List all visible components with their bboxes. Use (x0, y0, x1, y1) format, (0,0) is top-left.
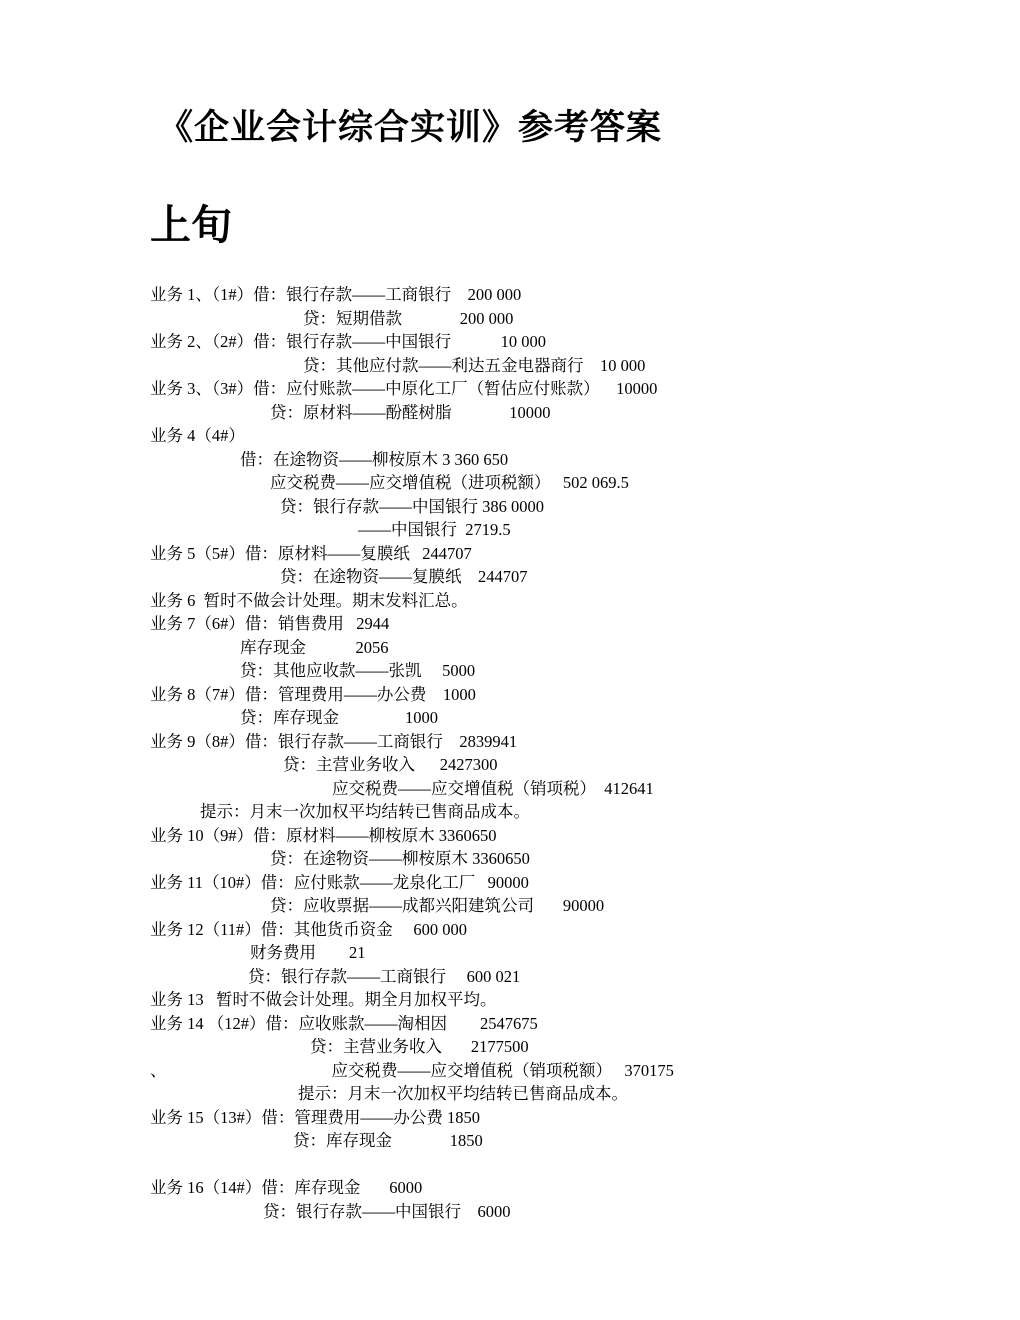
entry-line: 贷：其他应付款——利达五金电器商行 10 000 (303, 354, 1000, 378)
entry-line: 贷：在途物资——复膜纸 244707 (280, 565, 1000, 589)
entry-line: 贷：在途物资——柳桉原木 3360650 (270, 847, 1000, 871)
entry-line: 提示：月末一次加权平均结转已售商品成本。 (298, 1082, 1000, 1106)
entry-line: 贷：银行存款——工商银行 600 021 (248, 965, 1000, 989)
entry-line: 业务 14 （12#）借：应收账款——淘相因 2547675 (150, 1012, 1000, 1036)
entry-line: 业务 7（6#）借：销售费用 2944 (150, 612, 1000, 636)
document-page: 《企业会计综合实训》参考答案 上旬 业务 1、（1#）借：银行存款——工商银行 … (0, 0, 1020, 1320)
entry-line: 、 应交税费——应交增值税（销项税额） 370175 (150, 1059, 1000, 1083)
entry-line: 贷：应收票据——成都兴阳建筑公司 90000 (270, 894, 1000, 918)
entry-line: 业务 10（9#）借：原材料——柳桉原木 3360650 (150, 824, 1000, 848)
entry-line: 业务 16（14#）借：库存现金 6000 (150, 1176, 1000, 1200)
entry-line: 贷：银行存款——中国银行 6000 (263, 1200, 1000, 1224)
entry-line: 财务费用 21 (250, 941, 1000, 965)
entry-line: 业务 9（8#）借：银行存款——工商银行 2839941 (150, 730, 1000, 754)
entry-line: 业务 3、（3#）借：应付账款——中原化工厂（暂估应付账款） 10000 (150, 377, 1000, 401)
entry-line: 提示：月末一次加权平均结转已售商品成本。 (200, 800, 1000, 824)
entry-line: 业务 8（7#）借：管理费用——办公费 1000 (150, 683, 1000, 707)
entry-line: 贷：主营业务收入 2177500 (310, 1035, 1000, 1059)
entry-line: 贷：库存现金 1000 (240, 706, 1000, 730)
entry-line: 应交税费——应交增值税（进项税额） 502 069.5 (270, 471, 1000, 495)
entry-line: 业务 13 暂时不做会计处理。期全月加权平均。 (150, 988, 1000, 1012)
entry-line: 业务 1、（1#）借：银行存款——工商银行 200 000 (150, 283, 1000, 307)
document-title: 《企业会计综合实训》参考答案 (158, 106, 662, 150)
entry-line (150, 1153, 1000, 1177)
section-heading: 上旬 (150, 201, 232, 250)
entry-line: 贷：银行存款——中国银行 386 0000 (280, 495, 1000, 519)
entry-line: 贷：其他应收款——张凯 5000 (240, 659, 1000, 683)
entry-line: 业务 15（13#）借：管理费用——办公费 1850 (150, 1106, 1000, 1130)
entry-line: 业务 5（5#）借：原材料——复膜纸 244707 (150, 542, 1000, 566)
entry-line: 借：在途物资——柳桉原木 3 360 650 (240, 448, 1000, 472)
entry-line: 贷：主营业务收入 2427300 (283, 753, 1000, 777)
entry-line: 业务 2、（2#）借：银行存款——中国银行 10 000 (150, 330, 1000, 354)
entry-line: 贷：短期借款 200 000 (303, 307, 1000, 331)
entry-line: 应交税费——应交增值税（销项税） 412641 (332, 777, 1000, 801)
entry-line: 业务 6 暂时不做会计处理。期末发料汇总。 (150, 589, 1000, 613)
entry-line: 业务 4（4#） (150, 424, 1000, 448)
entry-line: 库存现金 2056 (240, 636, 1000, 660)
entry-line: ——中国银行 2719.5 (358, 518, 1000, 542)
entry-line: 贷：库存现金 1850 (293, 1129, 1000, 1153)
entry-line: 业务 11（10#）借：应付账款——龙泉化工厂 90000 (150, 871, 1000, 895)
entry-lines: 业务 1、（1#）借：银行存款——工商银行 200 000贷：短期借款 200 … (150, 283, 1000, 1223)
entry-line: 贷：原材料——酚醛树脂 10000 (270, 401, 1000, 425)
entry-line: 业务 12（11#）借：其他货币资金 600 000 (150, 918, 1000, 942)
